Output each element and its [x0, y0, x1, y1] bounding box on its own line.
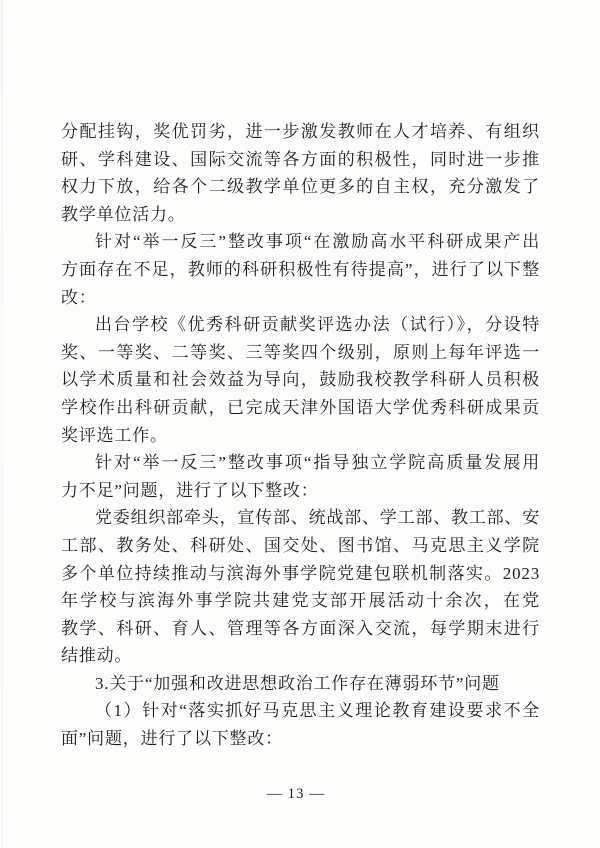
text-line: 奖、一等奖、二等奖、三等奖四个级别，原则上每年评选一次，	[61, 339, 540, 367]
text-line: 方面存在不足，教师的科研积极性有待提高”，进行了以下整	[61, 256, 540, 284]
text-line: 工部、教务处、科研处、国交处、图书馆、马克思主义学院等	[61, 532, 540, 560]
text-line: 奖评选工作。	[61, 422, 540, 450]
text-line: 教学、科研、育人、管理等各方面深入交流，每学期末进行总	[61, 615, 540, 643]
text-line: 分配挂钩，奖优罚劣，进一步激发教师在人才培养、有组织科	[61, 118, 540, 146]
text-line: 党委组织部牵头，宣传部、统战部、学工部、教工部、安	[61, 504, 540, 532]
text-line: 针对“举一反三”整改事项“指导独立学院高质量发展用	[61, 449, 540, 477]
text-line: 以学术质量和社会效益为导向，鼓励我校教学科研人员积极为	[61, 366, 540, 394]
text-line: 出台学校《优秀科研贡献奖评选办法（试行）》，分设特等	[61, 311, 540, 339]
text-line: 权力下放，给各个二级教学单位更多的自主权，充分激发了各	[61, 173, 540, 201]
text-line: 研、学科建设、国际交流等各方面的积极性，同时进一步推动	[61, 146, 540, 174]
text-line: 学校作出科研贡献，已完成天津外国语大学优秀科研成果贡献	[61, 394, 540, 422]
scanned-document-page: 分配挂钩，奖优罚劣，进一步激发教师在人才培养、有组织科研、学科建设、国际交流等各…	[0, 0, 600, 848]
text-line: 年学校与滨海外事学院共建党支部开展活动十余次，在党建、	[61, 587, 540, 615]
text-line: 3.关于“加强和改进思想政治工作存在薄弱环节”问题	[61, 670, 540, 698]
scan-edge-artifact	[1, 0, 3, 848]
text-line: 针对“举一反三”整改事项“在激励高水平科研成果产出	[61, 228, 540, 256]
text-line: 教学单位活力。	[61, 201, 540, 229]
text-line: 改：	[61, 284, 540, 312]
text-line: 多个单位持续推动与滨海外事学院党建包联机制落实。2023	[61, 560, 540, 588]
page-number: — 13 —	[0, 786, 592, 803]
text-line: 面”问题，进行了以下整改：	[61, 725, 540, 753]
text-line: （1）针对“落实抓好马克思主义理论教育建设要求不全	[61, 697, 540, 725]
text-line: 力不足”问题，进行了以下整改：	[61, 477, 540, 505]
document-body: 分配挂钩，奖优罚劣，进一步激发教师在人才培养、有组织科研、学科建设、国际交流等各…	[61, 118, 540, 753]
text-line: 结推动。	[61, 642, 540, 670]
